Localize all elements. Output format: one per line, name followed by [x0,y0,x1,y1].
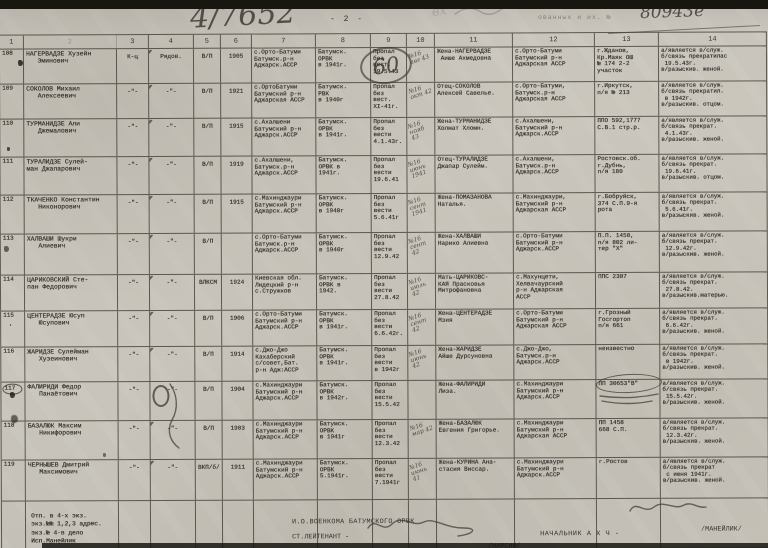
table-row: 112ТКАЧЕНКО Константин Никонорович-"--"-… [0,192,768,234]
cell-year: 1903 [223,421,254,459]
column-number: 6 [221,35,252,48]
cell-rank: -"- [118,311,150,346]
cell-text-missing: Пропал без вести в 1942г [374,347,405,374]
cell-text-relative: Жена-НАГЕРВАДЗЕ Аише Ахмедовна [437,48,510,62]
cell-text-year: 1906 [224,316,250,323]
cell-text-notes: а/является в/служ. б/связь прекрат. 27.8… [662,273,765,299]
cell-rank: -"- [117,157,149,194]
cell-text-year: 1911 [225,465,251,472]
cell-year: 1921 [221,84,252,118]
cell-text-name: НАГЕРВАДЗЕ Хузейн Эминович [26,50,114,65]
faint-stamp-text: ованных и их. № [538,14,612,21]
cell-year: 1911 [223,460,254,500]
cell-text-missing: Пропал без вести 27.8.42 [374,275,405,302]
cell-text-pos: -"- [152,352,192,359]
cell-last_addr: г.Жданов, Кр.Маяк ОШ № 174 2-2 участок [595,47,659,81]
cell-text-birthplace: с.Махинджаури Батумский р-н Аджарск.АССР [256,460,315,480]
cell-rel_addr: с.Орто-Батуми Батумский р-н Аджарская АС… [514,309,596,344]
cell-text-notes: а/является в/служ. б/связь прекратил. в … [661,82,764,108]
cell-rel_addr: с.Махинджаури, Батумский р-н Аджарская А… [514,193,596,231]
cell-text-num: 113 [3,236,22,243]
cell-missing: Пропал без вести 4.1.43г. [371,118,407,155]
cell-rel_addr: с.Орто-Батуми Батумский р-н Аджарск.АССР [514,232,596,272]
cell-year: 1919 [221,157,252,194]
footer-row: Отп. в 4-х экз. экз.№№ 1,2,3 адрес. экз.… [1,498,768,548]
cell-text-year: 1915 [223,124,249,131]
cell-name: ЖАРИДЗЕ Сулейман Хузеинович [25,347,118,381]
cell-birthplace: с.Ахалшени Батумский р-н Аджарск.АССР [252,118,316,155]
cell-relative: Жена-ЖАРИДЗЕ Айше Дурсуновна [436,345,514,379]
cell-party: В/П [194,49,221,83]
cell-party: В/П [194,84,221,118]
cell-birthplace: с.Ахалшени, Батумск.р-н Аджарск.АССР [252,156,316,193]
cell-text-rel_addr: с.Махинджаури Батумский р-н Аджарская АС… [517,420,594,440]
cell-text-mark [411,381,433,388]
table-row: 113ХАЛВАШИ Шукри Алиевич-"--"-✓В/Пс.Орто… [0,231,768,275]
cell-text-num: 115 [3,313,22,320]
cell-text-rvk: Батумск. ОРВК в 1942. [319,275,369,295]
cell-missing: Пропал без вести 12.9.42 [372,233,408,273]
cell-text-party: В/П [196,162,218,169]
cell-last_addr: г.Ростов [597,458,661,498]
cell-num: 110 [0,120,24,157]
cell-text-year: 1903 [225,426,251,433]
cell-text-missing: Пропал без вести 4.1.43г. [373,119,404,146]
cell-rank: -"- [118,347,150,381]
cell-rvk: Батумск. ОРВК в 1942г. [317,381,372,419]
cell-last_addr: Ростовск.об. г.Дубнь, п/я 180 [595,155,659,192]
cell-text-last_addr: ПП 1458 668 С.П. [599,420,658,434]
cell-text-rvk: Батумск. ОРВК в 1941г. [319,311,369,331]
pencil-checkmark-icon: ✓ [150,195,158,223]
cell-mark: №16 сент 1941 [408,194,436,232]
cell-text-num: 112 [3,197,22,204]
cell-text-rank: -"- [119,89,146,96]
cell-name: НАГЕРВАДЗЕ Хузейн Эминович [24,49,117,83]
cell-text-missing: Пропал без вести 7.1941г [375,460,406,487]
cell-rank: -"- [118,195,150,233]
column-number: 4 [149,35,194,48]
cell-text-name: БАЗАЛЮК Максим Никифорович [28,422,116,437]
cell-text-last_addr: неизвестно [598,346,657,353]
cell-birthplace: с.Махинджаури Батумский р-н Аджарск.АССР [253,381,317,419]
cell-text-birthplace: с.Орто-Батуми Батумск.р-н Аджарск.АССР [255,234,314,254]
column-number: 8 [316,34,371,47]
cell-text-rank: -"- [120,352,147,359]
footer-cell [151,501,196,548]
column-number: 14 [659,32,767,45]
cell-notes: а/является в/служ. б/связь прекрат. 27.8… [660,272,768,307]
cell-party: В/П [196,421,223,459]
cell-pos: Рядов.✓ [149,49,194,83]
cell-text-party: ВЛКСМ [197,280,219,287]
cell-relative: Жена-НАГЕРВАДЗЕ Аише Ахмедовна [435,47,513,81]
cell-text-rank: -"- [120,280,147,287]
footer-cell [515,499,597,548]
cell-text-rank: -"- [119,162,146,169]
cell-relative: Жена-БАЗАЛЮК Евгения Григорье. [437,419,515,457]
cell-rvk: Батумск. РВК в 1940г [316,83,371,117]
cell-party: В/П [195,382,222,420]
pencil-checkmark-icon: ✓ [151,421,159,449]
cell-text-last_addr: П.П. 1450, п/я 802 ли- тер "Х" [598,233,657,253]
cell-year [222,234,253,274]
table-row: 118БАЗАЛЮК Максим Никифорович-"--"-✓В/П1… [1,418,768,460]
cell-num: 119 [1,461,26,501]
cell-pos: -"-✓ [150,347,195,381]
cell-birthplace: с.Орто-Батуми Батумск.р-н Аджарск.АССР [253,233,317,273]
cell-text-name: ЧЕРНЫШЕВ Дмитрий Максимович [28,461,116,476]
cell-text-missing: Пропал без вести 15.5.42 [374,382,405,409]
column-number: 9 [371,34,407,47]
cell-last_addr: г.Иркутск, п/я № 213 [595,82,659,116]
cell-text-relative: Жена-ЖАРИДЗЕ Айше Дурсуновна [438,346,511,360]
cell-rvk: Батумск. ОРВК в 1941г. [317,310,372,345]
cell-last_addr: г.Бобруйск, 374 С.П.9-я рота [596,193,660,231]
cell-text-relative: Жена-ЦЕНТЕРАДЗЕ Мзия [438,310,511,324]
cell-text-missing: Пропал без вести 12.3.42 [375,421,406,448]
column-number: 2 [24,35,117,48]
cell-missing: Пропал без вести в 1942г [372,346,408,380]
cell-last_addr: ППО 592,1777 С.В.1 стр.р. [595,117,659,154]
cell-num: 116 [0,348,25,382]
cell-year: 1915 [221,119,252,156]
cell-pos: -"-✓ [151,421,196,459]
cell-text-birthplace: с.Ахалшени, Батумск.р-н Аджарск.АССР [254,157,313,177]
cell-text-rank: -"- [120,239,147,246]
cell-text-rank: -"- [120,387,147,394]
cell-text-rank: -"- [121,465,148,472]
cell-text-rel_addr: с.Махинджаури, Батумский р-н Аджарская А… [516,194,593,214]
column-number: 1 [0,36,24,49]
cell-text-mark: №16 сент 42 [408,310,435,334]
cell-text-num: 116 [3,349,22,356]
cell-notes: а/является в/служ. б/связь прекрат. 4.1.… [659,116,767,153]
cell-missing: Пропал без вест. XI-41г. [371,83,407,117]
cell-text-party: В/П [197,239,219,246]
cell-notes: а/является в/служ. б/связь прекрат. 5.6.… [660,192,768,230]
cell-text-notes: а/является в/служ. б/связь прекрат. 12.9… [662,232,765,258]
cell-text-last_addr: г.Грозный Госгортоп п/я 661 [598,310,657,330]
cell-rank: -"- [118,382,150,420]
cell-rvk: Батумск. ОРВК в 1941г. [316,156,371,193]
cell-text-rank: -"- [119,124,146,131]
cell-text-notes: а/является в/служ. б/связь прекрат. 4.1.… [661,117,764,143]
pencil-checkmark-icon: ✓ [149,157,157,185]
cell-rvk: Батумск. ОРВК в 1940г [317,194,372,232]
cell-text-party: В/П [197,200,219,207]
cell-text-birthplace: с.Орто-Батуми Батумский р-н Аджарск.АССР [255,311,314,331]
cell-text-party: В/П [198,426,220,433]
cell-text-relative: Жена-ФАЛИРИДИ Лиза. [438,381,511,395]
cell-notes: а/является в/служ. б/связь прекрат. 15.5… [660,379,768,417]
cell-text-num: 109 [2,86,21,93]
cell-text-num: 118 [4,423,23,430]
cell-birthplace: с.Орто-Батуми Батумск.р-н Аджарск.АССР [252,48,316,82]
cell-text-last_addr: ППО 592,1777 С.В.1 стр.р. [597,118,656,132]
cell-relative: Мать-ЦАРИКОВС- КАЯ Прасковья Митрофановн… [436,273,514,308]
cell-mark: №16 сент 42 [408,233,436,273]
cell-notes: а/является в/служ. б/связь прекрат. 6.6.… [660,308,768,343]
cell-rank: -"- [118,234,150,274]
cell-rel_addr: с.Ахалшени, Батумский р-н Аджарск.АССР [513,117,595,154]
cell-rank: К-ц [117,49,149,83]
cell-text-last_addr: г.Иркутск, п/я № 213 [597,83,656,97]
cell-rel_addr: с.Махинджаури Батумский р-н Аджарск.АССР [515,458,597,498]
cell-text-year: 1905 [223,54,249,61]
cell-text-relative: Отец-СОКОЛОВ Алексей Савелье. [437,83,510,97]
cell-text-party: ВКП/б/ [198,465,220,472]
cell-text-rel_addr: с.Орто-Батуми Батумский р-н Аджарская АС… [515,48,592,68]
cell-relative: Жена-ЦЕНТЕРАДЗЕ Мзия [436,309,514,344]
cell-text-year: 1914 [224,352,250,359]
pencil-circle-icon [152,385,169,407]
cell-text-year: 1904 [224,387,250,394]
cell-text-name: ТКАЧЕНКО Константин Никонорович [27,196,115,211]
cell-rvk: Батумск. ОРВК в 1941г [318,420,373,458]
cell-num: 108 [0,50,24,84]
cell-text-rvk: Батумск. ОРВК в 1941г. [318,119,368,139]
cell-text-notes: а/является в/служ. б/связь прекрат. 5.6.… [662,193,765,219]
cell-relative: Отец-СОКОЛОВ Алексей Савелье. [435,82,513,116]
table-body: 108НАГЕРВАДЗЕ Хузейн ЭминовичК-цРядов.✓В… [0,46,768,501]
handwritten-registry-number: 80943е [640,1,705,23]
cell-text-missing: Пропал без вести 6.6.42г. [374,311,405,338]
cell-relative: Отец-ТУРАЛИДЗЕ Джапар Сулейм. [435,155,513,192]
cell-text-num: 119 [4,462,23,469]
table-row: 119ЧЕРНЫШЕВ Дмитрий Максимович-"--"-✓ВКП… [1,457,768,501]
cell-text-mark: №16 сент 1941 [408,194,435,218]
cell-text-birthplace: с.Джо-Джо Кахаберский с/совет,Бат. р-н А… [255,347,314,374]
scanned-document-page: { "colors":{"paper":"#c9c5bc","ink":"#35… [0,0,768,548]
cell-rel_addr: с.Махинджаури Батумский р-н Аджарская АС… [515,419,597,457]
cell-mark: №16 сент 42 [408,310,436,345]
cell-text-rvk: Батумск. ОРВК в 1941г. [318,157,368,177]
commissar-title: И.О.ВОЕНКОМА БАТУМСКОГО ОРВК [292,518,415,527]
cell-name: ЦАРИКОВСКИЙ Сте- пан Федорович [25,275,118,310]
cell-missing: Пропал без вести 19.6.41 [371,156,407,193]
cell-text-pos: -"- [151,89,191,96]
chief-title: НАЧАЛЬНИК А Х Ч - [540,530,620,538]
cell-missing: Пропал без вести 27.8.42 [372,274,408,309]
handwritten-file-number: 4/7652 [189,0,296,36]
cell-missing: Пропал без вести 15.5.42 [372,381,408,419]
cell-rank: -"- [119,460,151,500]
cell-text-rel_addr: с.Ахалшени, Батумск.р-н Аджарск.АССР [515,156,592,176]
cell-text-name: ЦЕНТЕРАДЗЕ Юсуп Юсупович [27,312,115,327]
top-scribble-stroke [455,8,503,14]
cell-mark: №16 нояб 43 [407,118,435,155]
cell-year: 1905 [221,49,252,83]
cell-text-party: В/П [197,316,219,323]
cell-text-mark: №16 июль 42 [408,274,435,298]
cell-notes: а/является в/служ. б/связь прекратилас 1… [659,46,767,80]
cell-last_addr: П.П. 1450, п/я 802 ли- тер "Х" [596,232,660,272]
cell-text-party: В/П [197,352,219,359]
cell-text-missing: Пропал без вести 5.6.41г [374,195,405,222]
cell-text-rel_addr: с.Ахалшени, Батумский р-н Аджарск.АССР [515,118,592,138]
cell-name: ЦЕНТЕРАДЗЕ Юсуп Юсупович [25,311,118,346]
cell-relative: Жена-ФАЛИРИДИ Лиза. [436,380,514,418]
cell-year: 1924 [222,275,253,310]
cell-rel_addr: с.Орто-Батуми, Батумск.р-н Аджарская АСС… [513,82,595,116]
cell-text-party: В/П [196,124,218,131]
cell-text-year: 1915 [224,200,250,207]
pencil-checkmark-icon: ✓ [150,234,158,262]
cell-text-rank: -"- [121,426,148,433]
cell-text-num: 117 [2,384,22,395]
cell-mark [408,381,436,419]
cell-text-birthplace: с.Ахалшени Батумский р-н Аджарск.АССР [254,119,313,139]
cell-text-mark: №16 окт 42 [408,83,434,101]
cell-notes: а/является в/служ. б/связь прекратил. в … [659,81,767,115]
cell-text-relative: Жена-КУРИНА Ана- стасия Виссар. [439,459,512,473]
table-row: 115ЦЕНТЕРАДЗЕ Юсуп Юсупович-"--"-✓В/П190… [0,308,768,347]
cell-num: 118 [1,422,26,460]
cell-num: 111 [0,158,25,195]
cell-text-party: В/П [197,387,219,394]
cell-text-name: СОКОЛОВ Михаил Алексеевич [26,85,114,100]
cell-notes: а/является в/служ. б/связь прекрат. в 19… [660,344,768,378]
cell-name: ЧЕРНЫШЕВ Дмитрий Максимович [26,460,119,500]
cell-notes: а/является в/служ. б/связь прекрат. 12.3… [661,418,768,456]
cell-notes: а/является в/служ. б/связь прекрат с июн… [661,457,768,497]
cell-text-notes: а/является в/служ. б/связь прекрат. 19.6… [661,155,764,181]
table-row: 114ЦАРИКОВСКИЙ Сте- пан Федорович-"--"-✓… [0,272,768,311]
cell-pos: -"- [150,382,195,420]
cell-text-pos: -"- [152,239,192,246]
cell-text-pos: -"- [153,426,193,433]
cell-text-name: ТУРАЛИДЗЕ Сулей- ман Джапарович [26,158,114,173]
cell-text-rel_addr: с.Орто-Батуми Батумский р-н Аджарск.АССР [516,233,593,253]
cell-mark: №16 июнь 41 [409,459,437,499]
cell-party: В/П [194,157,221,194]
cell-notes: а/является в/служ. б/связь прекрат. 12.9… [660,231,768,271]
cell-text-rel_addr: с.Орто-Батуми, Батумск.р-н Аджарская АСС… [515,83,592,103]
cell-text-mark: №16 мар 42 [409,420,435,438]
cell-pos: -"-✓ [150,311,195,346]
cell-text-rel_addr: с.Махинджаури Батумский р-н Аджарск.АССР [517,459,594,479]
footer-cell [223,501,254,548]
cell-text-rel_addr: с.Джо-Джо, Батумск.р-н Аджарск.АССР [516,346,593,366]
cell-birthplace: Киевская обл. Лидецкий р-н с.Стружков [253,274,317,309]
column-number: 10 [407,34,435,47]
cell-text-rank: -"- [120,316,147,323]
cell-birthplace: с.Джо-Джо Кахаберский с/совет,Бат. р-н А… [253,346,317,380]
cell-pos: -"-✓ [150,275,195,310]
cell-text-rvk: Батумск. ОРВК в 1941г [320,421,370,441]
cell-last_addr: г.Грозный Госгортоп п/я 661 [596,309,660,344]
cell-mark: №16 июль 42 [408,274,436,309]
cell-text-last_addr: Ростовск.об. г.Дубнь, п/я 180 [597,156,656,176]
cell-pos: -"-✓ [151,460,196,500]
cell-text-birthplace: с.ОртоБатуми Батумский р-н Аджарская АСС… [254,84,313,104]
footer-cell [597,499,661,548]
cell-text-mark: №16 июнь 42 [408,346,435,370]
cell-rel_addr: с.Махинджаури Батумский р-н Аджарск.АССР [514,380,596,418]
copies-note: Отп. в 4-х экз. экз.№№ 1,2,3 адрес. экз.… [31,512,102,546]
cell-party: В/П [195,347,222,381]
cell-text-num: 108 [2,51,21,58]
cell-party: В/П [195,311,222,346]
cell-missing: Пропал без вести 5.6.41г [372,194,408,232]
cell-rank: -"- [117,84,149,118]
cell-pos: -"-✓ [150,234,195,274]
cell-text-year: 1924 [224,280,250,287]
cell-rvk: Батумск. ОРВК в 1942. [317,274,372,309]
cell-text-birthplace: Киевская обл. Лидецкий р-н с.Стружков [255,275,314,295]
cell-num: 115 [0,312,25,347]
cell-text-birthplace: с.Орто-Батуми Батумск.р-н Аджарск.АССР [254,49,313,69]
cell-text-rvk: Батумск. ОРВК в 1942г. [319,382,369,402]
footer-cell [119,501,151,548]
cell-text-birthplace: с.Махинджаури Батумский р-н Аджарск.АССР [256,421,315,441]
cell-text-notes: а/является в/служ. б/связь прекрат. в 19… [662,345,765,371]
cell-rvk: Батумск. ОРВК в 1941г. [317,346,372,380]
cell-text-pos: -"- [152,280,192,287]
cell-rel_addr: с.Ахалшени, Батумск.р-н Аджарск.АССР [513,155,595,192]
pencil-checkmark-icon: ✓ [149,49,157,77]
column-number: 11 [435,33,513,46]
cell-party: В/П [194,119,221,156]
cell-year: 1914 [222,347,253,381]
cell-relative: Жена-ПОМАЗАНОВА Наталья. [436,193,514,231]
cell-num: 113 [0,235,25,275]
cell-birthplace: с.Орто-Батуми Батумский р-н Аджарск.АССР [253,310,317,345]
cell-text-pos: -"- [151,124,191,131]
footer-cell [196,501,223,548]
cell-text-last_addr: г.Бобруйск, 374 С.П.9-я рота [598,194,657,214]
cell-missing: Пропал без вести 12.3.42 [373,420,409,458]
cell-text-pos: -"- [152,316,192,323]
column-number: 5 [194,35,221,48]
cell-year: 1915 [222,195,253,233]
cell-mark: №16 мар 42 [409,420,437,458]
chief-name: /МАНЕЙЛИК/ [701,525,742,533]
cell-rel_addr: с.Джо-Джо, Батумск.р-н Аджарск.АССР [514,345,596,379]
cell-rel_addr: с.Махунцети, Хелвачаурский р-н Аджарская… [514,273,596,308]
cell-name: ТКАЧЕНКО Константин Никонорович [25,195,118,233]
cell-text-rvk: Батумск. ОРВК в 1940г [319,234,369,254]
cell-pos: -"-✓ [149,119,194,156]
cell-text-relative: Жена-ХАЛВАШИ Нарико Алиевна [438,233,511,247]
cell-text-num: 110 [2,121,21,128]
cell-text-name: ЖАРИДЗЕ Сулейман Хузеинович [27,348,115,363]
cell-last_addr: ПП 1458 668 С.П. [597,419,661,457]
cell-text-notes: а/является в/служ. б/связь прекратилас 1… [661,47,764,73]
cell-text-last_addr: ППС 2307 [598,274,657,281]
cell-name: ХАЛВАШИ Шукри Алиевич [25,234,118,274]
cell-text-relative: Отец-ТУРАЛИДЗЕ Джапар Сулейм. [437,156,510,170]
cell-text-year: 1921 [223,89,249,96]
cell-rel_addr: с.Орто-Батуми Батумский р-н Аджарская АС… [513,47,595,81]
cell-party: В/П [195,195,222,233]
pencil-checkmark-icon: ✓ [151,460,159,488]
cell-party: ВКП/б/ [196,460,223,500]
cell-text-mark: №16 нояб 43 [407,118,434,142]
cell-text-rvk: Батумск. РВК в 1940г [318,84,368,104]
cell-text-num: 114 [3,277,22,284]
cell-text-year: 1919 [223,162,249,169]
cell-num: 109 [0,85,24,119]
cell-party: ВЛКСМ [195,275,222,310]
cell-text-rank: К-ц [119,54,146,61]
cell-pos: -"-✓ [149,84,194,118]
cell-name: БАЗАЛЮК Максим Никифорович [26,421,119,459]
cell-party: В/П [195,234,222,274]
cell-text-notes: а/является в/служ. б/связь прекрат. 6.6.… [662,309,765,335]
pencil-checkmark-icon: ✓ [150,275,158,303]
